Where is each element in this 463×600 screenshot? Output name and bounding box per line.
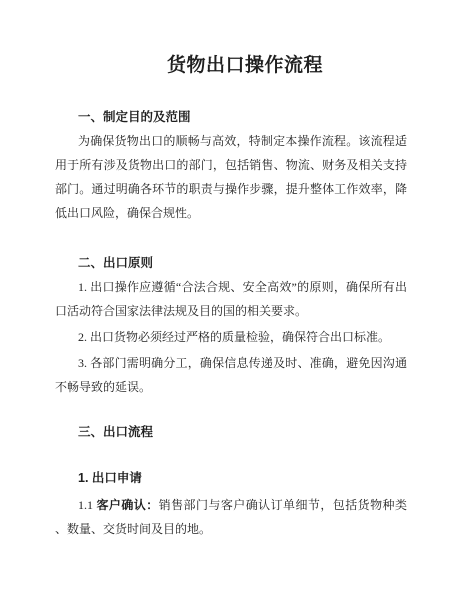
principle-item-2: 2. 出口货物必须经过严格的质量检验，确保符合出口标准。: [55, 325, 407, 349]
entry-customer-confirmation: 1.1 客户确认：销售部门与客户确认订单细节，包括货物种类、数量、交货时间及目的…: [55, 493, 407, 541]
document-page: 货物出口操作流程 一、制定目的及范围 为确保货物出口的顺畅与高效，特制定本操作流…: [0, 0, 463, 600]
section-heading-process: 三、出口流程: [55, 420, 407, 444]
section-heading-principles: 二、出口原则: [55, 251, 407, 275]
principle-item-1: 1. 出口操作应遵循“合法合规、安全高效”的原则，确保所有出口活动符合国家法律法…: [55, 275, 407, 323]
paragraph-purpose: 为确保货物出口的顺畅与高效，特制定本操作流程。该流程适用于所有涉及货物出口的部门…: [55, 129, 407, 225]
principle-item-3: 3. 各部门需明确分工，确保信息传递及时、准确，避免因沟通不畅导致的延误。: [55, 351, 407, 399]
document-title: 货物出口操作流程: [55, 52, 407, 80]
section-export-principles: 二、出口原则 1. 出口操作应遵循“合法合规、安全高效”的原则，确保所有出口活动…: [55, 251, 407, 399]
section-heading-purpose: 一、制定目的及范围: [55, 105, 407, 129]
section-export-process: 三、出口流程 1. 出口申请 1.1 客户确认：销售部门与客户确认订单细节，包括…: [55, 420, 407, 541]
entry-number: 1.1: [78, 498, 96, 512]
subheading-export-application: 1. 出口申请: [55, 466, 407, 490]
entry-label: 客户确认：: [96, 498, 158, 512]
section-purpose-scope: 一、制定目的及范围 为确保货物出口的顺畅与高效，特制定本操作流程。该流程适用于所…: [55, 105, 407, 225]
